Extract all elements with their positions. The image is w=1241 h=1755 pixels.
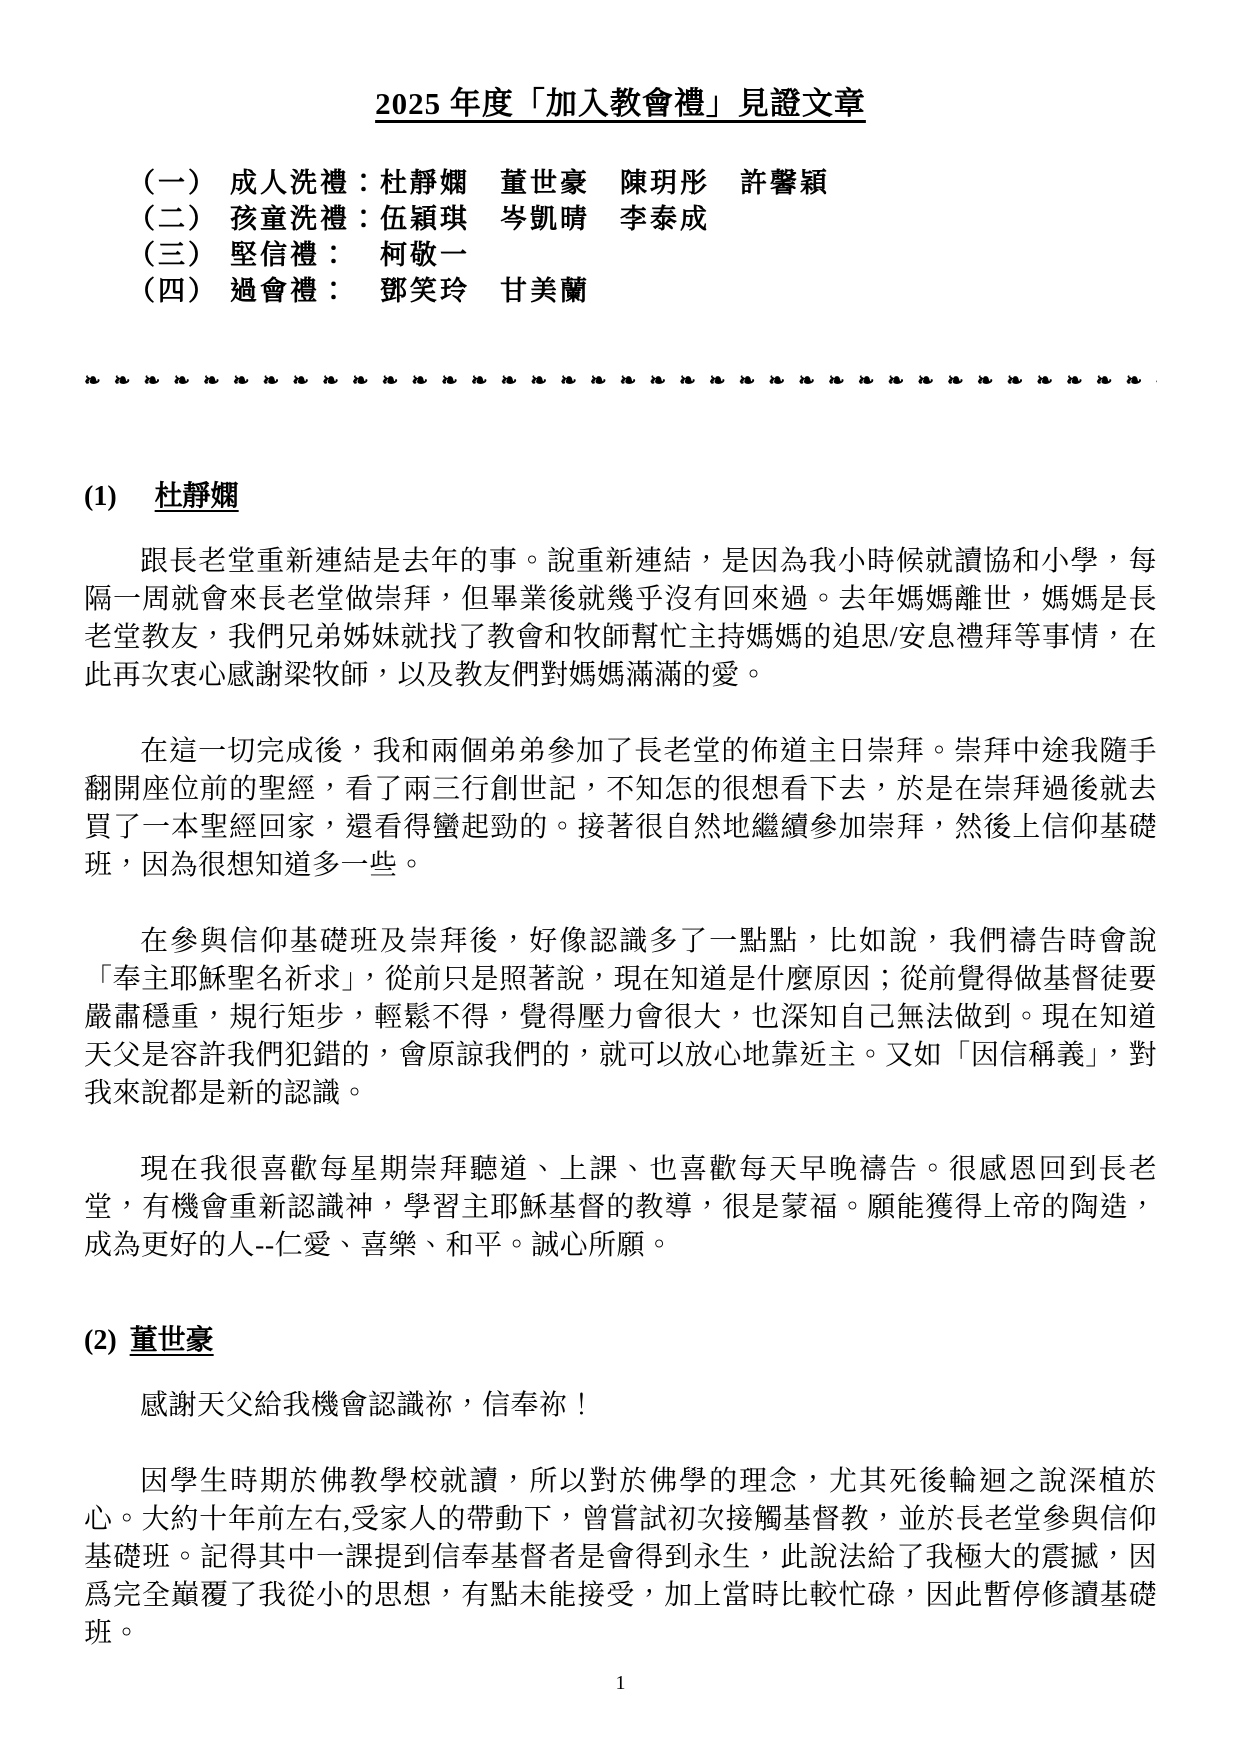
roster-label: 堅信禮： bbox=[230, 240, 350, 270]
section-number: (2) bbox=[84, 1323, 117, 1359]
section-number: (1) bbox=[84, 479, 117, 515]
testimony-paragraph: 在這一切完成後，我和兩個弟弟參加了長老堂的佈道主日崇拜。崇拜中途我隨手翻開座位前… bbox=[84, 733, 1157, 885]
roster-marker: （三） bbox=[128, 240, 218, 270]
roster-names: 鄧笑玲 甘美蘭 bbox=[350, 276, 590, 306]
document-title: 2025 年度「加入教會禮」見證文章 bbox=[84, 78, 1157, 123]
testimony-paragraph: 感謝天父給我機會認識祢，信奉祢！ bbox=[84, 1387, 1157, 1425]
roster-row-child-baptism: （二）孩童洗禮：伍穎琪 岑凱晴 李泰成 bbox=[128, 201, 1157, 237]
roster-names: 柯敬一 bbox=[350, 240, 470, 270]
testimony-section-2: (2)董世豪 感謝天父給我機會認識祢，信奉祢！ 因學生時期於佛教學校就讀，所以對… bbox=[84, 1323, 1157, 1653]
roster-label: 過會禮： bbox=[230, 276, 350, 306]
section-person-name: 杜靜嫻 bbox=[155, 481, 239, 512]
roster-names: 伍穎琪 岑凱晴 李泰成 bbox=[380, 204, 710, 234]
roster-marker: （二） bbox=[128, 204, 218, 234]
testimony-paragraph: 因學生時期於佛教學校就讀，所以對於佛學的理念，尤其死後輪迴之說深植於心。大約十年… bbox=[84, 1463, 1157, 1653]
roster-marker: （一） bbox=[128, 168, 218, 198]
ceremony-roster: （一）成人洗禮：杜靜嫻 董世豪 陳玥彤 許馨穎 （二）孩童洗禮：伍穎琪 岑凱晴 … bbox=[128, 165, 1157, 309]
page-number: 1 bbox=[616, 1672, 626, 1694]
page-footer: 1 bbox=[0, 1672, 1241, 1695]
section-person-name: 董世豪 bbox=[130, 1325, 214, 1356]
section-heading: (2)董世豪 bbox=[84, 1323, 1157, 1359]
section-heading: (1)杜靜嫻 bbox=[84, 479, 1157, 515]
testimony-section-1: (1)杜靜嫻 跟長老堂重新連結是去年的事。說重新連結，是因為我小時候就讀協和小學… bbox=[84, 479, 1157, 1265]
roster-marker: （四） bbox=[128, 276, 218, 306]
roster-row-adult-baptism: （一）成人洗禮：杜靜嫻 董世豪 陳玥彤 許馨穎 bbox=[128, 165, 1157, 201]
roster-row-transfer: （四）過會禮： 鄧笑玲 甘美蘭 bbox=[128, 273, 1157, 309]
roster-row-confirmation: （三）堅信禮： 柯敬一 bbox=[128, 237, 1157, 273]
document-page: 2025 年度「加入教會禮」見證文章 （一）成人洗禮：杜靜嫻 董世豪 陳玥彤 許… bbox=[0, 0, 1241, 1755]
testimony-paragraph: 現在我很喜歡每星期崇拜聽道、上課、也喜歡每天早晚禱告。很感恩回到長老堂，有機會重… bbox=[84, 1151, 1157, 1265]
roster-label: 孩童洗禮： bbox=[230, 204, 380, 234]
testimony-paragraph: 在參與信仰基礎班及崇拜後，好像認識多了一點點，比如說，我們禱告時會說「奉主耶穌聖… bbox=[84, 923, 1157, 1113]
roster-names: 杜靜嫻 董世豪 陳玥彤 許馨穎 bbox=[380, 168, 830, 198]
roster-label: 成人洗禮： bbox=[230, 168, 380, 198]
testimony-paragraph: 跟長老堂重新連結是去年的事。說重新連結，是因為我小時候就讀協和小學，每隔一周就會… bbox=[84, 543, 1157, 695]
ornament-divider: ❧❧❧❧❧❧❧❧❧❧❧❧❧❧❧❧❧❧❧❧❧❧❧❧❧❧❧❧❧❧❧❧❧❧❧❧❧❧ bbox=[84, 371, 1157, 391]
